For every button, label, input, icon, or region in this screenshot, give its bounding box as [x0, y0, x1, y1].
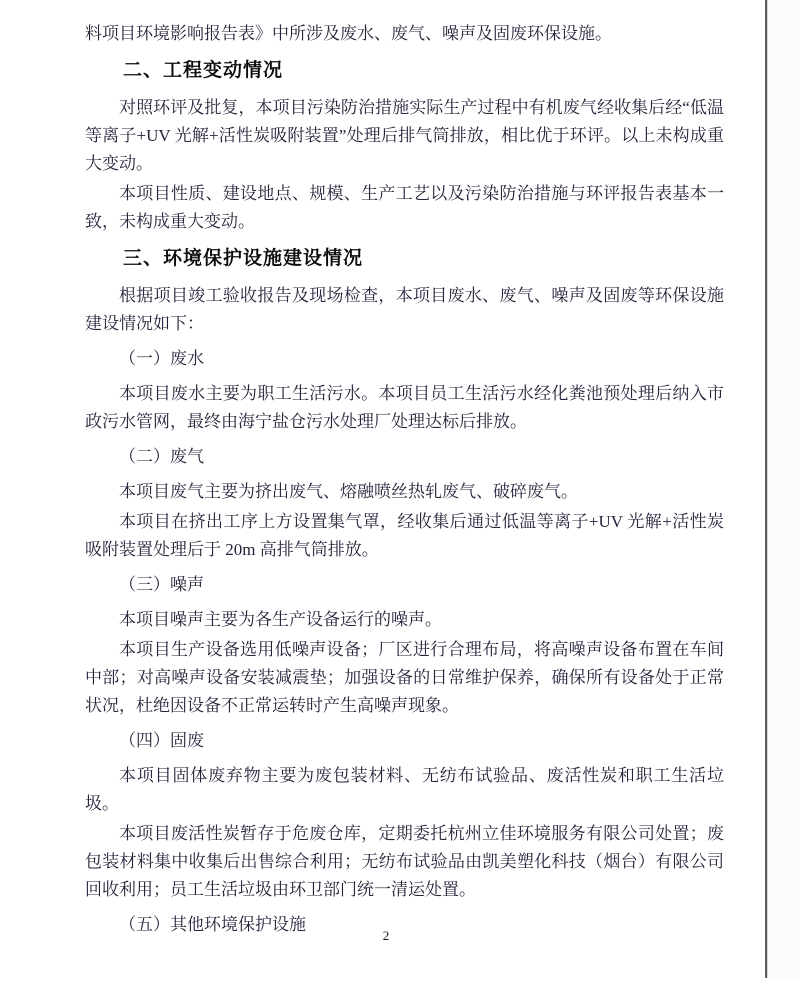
paragraph: 本项目废活性炭暂存于危废仓库，定期委托杭州立佳环境服务有限公司处置；废包装材料集…	[85, 820, 724, 904]
carryover-paragraph: 料项目环境影响报告表》中所涉及废水、废气、噪声及固废环保设施。	[85, 20, 724, 48]
paragraph: 本项目生产设备选用低噪声设备；厂区进行合理布局，将高噪声设备布置在车间中部；对高…	[85, 636, 724, 720]
scan-edge-shade	[767, 0, 800, 978]
page-edge-line	[765, 0, 767, 978]
section-heading: 二、工程变动情况	[85, 56, 724, 86]
document-page: 料项目环境影响报告表》中所涉及废水、废气、噪声及固废环保设施。二、工程变动情况对…	[0, 0, 800, 988]
sub-heading: （三）噪声	[85, 571, 724, 599]
paragraph: 本项目固体废弃物主要为废包装材料、无纺布试验品、废活性炭和职工生活垃圾。	[85, 762, 724, 818]
document-body: 料项目环境影响报告表》中所涉及废水、废气、噪声及固废环保设施。二、工程变动情况对…	[85, 20, 724, 946]
page-number: 2	[0, 928, 772, 944]
section-heading: 三、环境保护设施建设情况	[85, 244, 724, 274]
paragraph: 本项目性质、建设地点、规模、生产工艺以及污染防治措施与环评报告表基本一致，未构成…	[85, 180, 724, 236]
sub-heading: （二）废气	[85, 443, 724, 471]
paragraph: 本项目废气主要为挤出废气、熔融喷丝热轧废气、破碎废气。	[85, 478, 724, 506]
paragraph: 本项目废水主要为职工生活污水。本项目员工生活污水经化粪池预处理后纳入市政污水管网…	[85, 380, 724, 436]
paragraph: 根据项目竣工验收报告及现场检查，本项目废水、废气、噪声及固废等环保设施建设情况如…	[85, 282, 724, 338]
sub-heading: （一）废水	[85, 345, 724, 373]
paragraph: 本项目在挤出工序上方设置集气罩，经收集后通过低温等离子+UV 光解+活性炭吸附装…	[85, 508, 724, 564]
paragraph: 对照环评及批复，本项目污染防治措施实际生产过程中有机废气经收集后经“低温等离子+…	[85, 94, 724, 178]
paragraph: 本项目噪声主要为各生产设备运行的噪声。	[85, 606, 724, 634]
sub-heading: （四）固废	[85, 727, 724, 755]
